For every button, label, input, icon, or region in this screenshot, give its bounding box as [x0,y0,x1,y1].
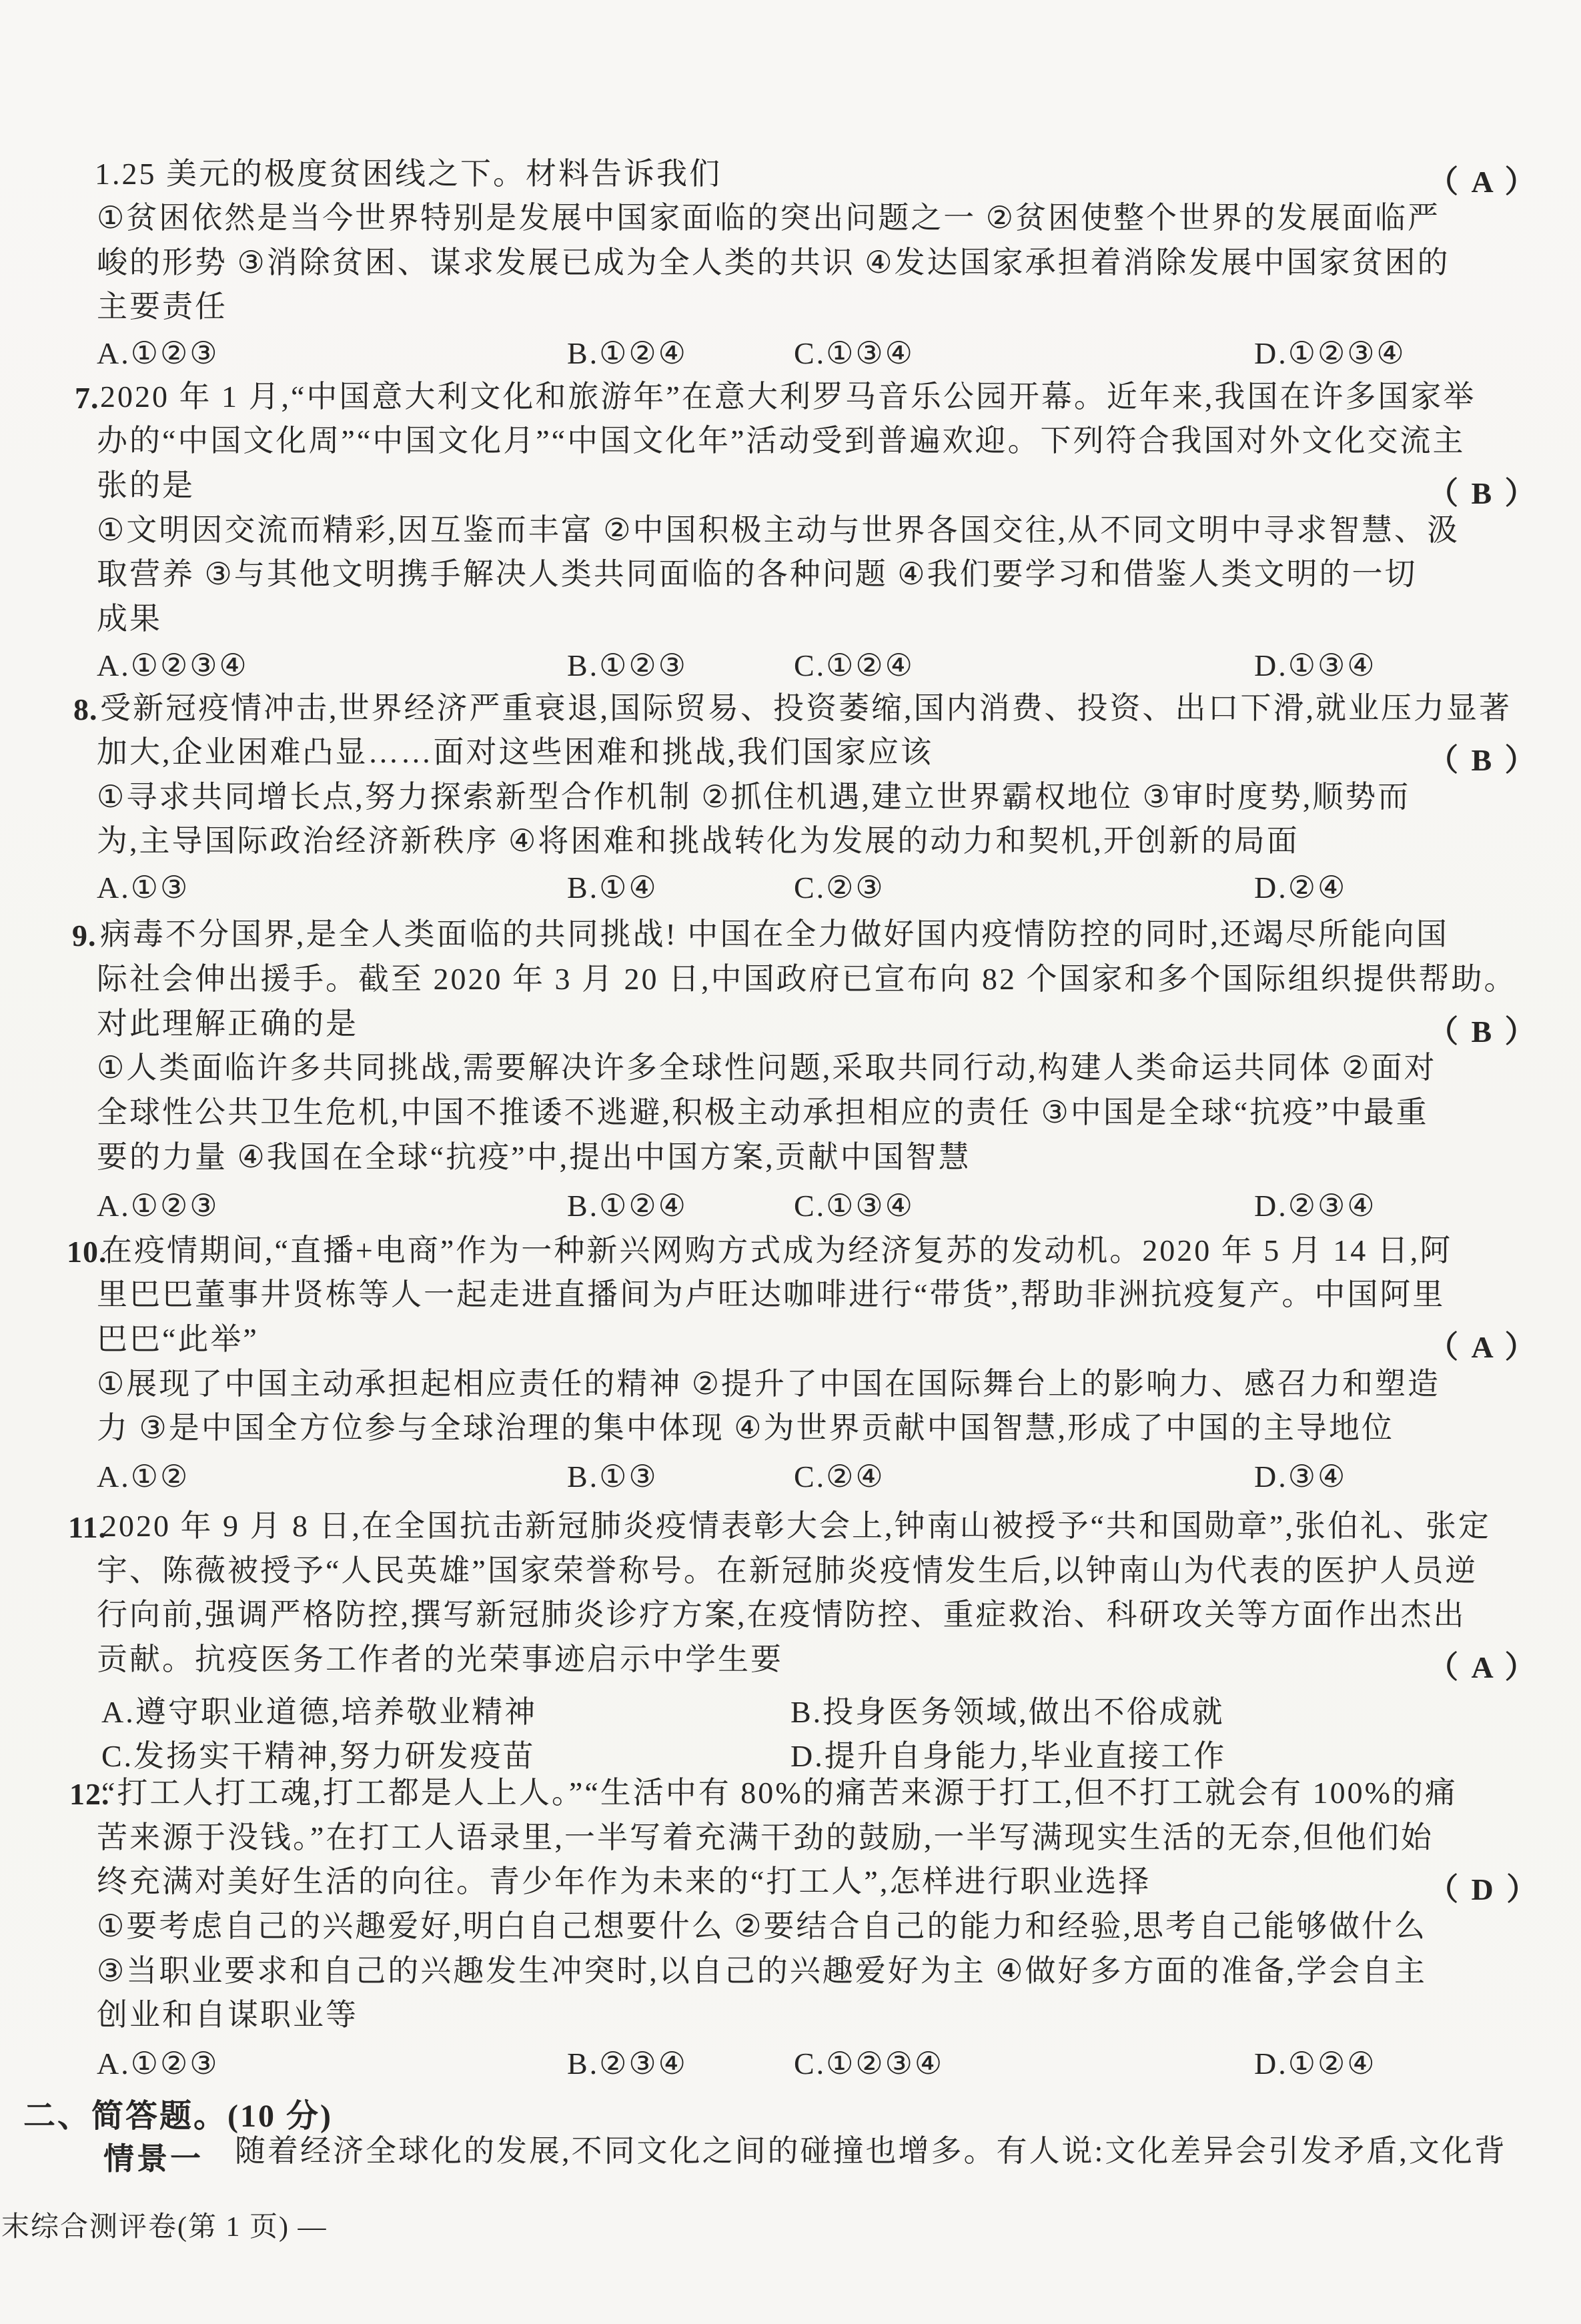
question-10-option-d: D.③④ [1254,1458,1347,1494]
question-9-options: A.①②③ B.①②④ C.①③④ D.②③④ [97,1187,1551,1227]
question-11-options-row-1: A.遵守职业道德,培养敬业精神 B.投身医务领域,做出不俗成就 [101,1688,1556,1728]
question-6-line-3: 峻的形势 ③消除贫困、谋求发展已成为全人类的共识 ④发达国家承担着消除发展中国家… [97,246,1450,280]
question-10-line-2: 里巴巴董事井贤栋等人一起走进直播间为卢旺达咖啡进行“带货”,帮助非洲抗疫复产。中… [97,1278,1445,1312]
question-8-option-d: D.②④ [1254,869,1347,905]
question-7-option-a: A.①②③④ [97,647,249,683]
question-11-option-d: D.提升自身能力,毕业直接工作 [790,1732,1226,1776]
question-7-line-1: 2020 年 1 月,“中国意大利文化和旅游年”在意大利罗马音乐公园开幕。近年来… [100,380,1476,414]
question-8-line-4: 为,主导国际政治经济新秩序 ④将困难和挑战转化为发展的动力和契机,开创新的局面 [97,824,1299,858]
section-2-heading: 二、简答题。(10 分) [23,2090,333,2136]
question-8-line-3: ①寻求共同增长点,努力探索新型合作机制 ②抓住机遇,建立世界霸权地位 ③审时度势… [97,780,1410,814]
question-10-line-1: 在疫情期间,“直播+电商”作为一种新兴网购方式成为经济复苏的发动机。2020 年… [101,1234,1452,1268]
question-11-option-b: B.投身医务领域,做出不俗成就 [790,1688,1225,1732]
question-11-option-a: A.遵守职业道德,培养敬业精神 [101,1688,537,1732]
question-9-line-3: 对此理解正确的是 [97,1007,358,1041]
question-9-option-a: A.①②③ [97,1187,219,1223]
question-7-line-4: ①文明因交流而精彩,因互鉴而丰富 ②中国积极主动与世界各国交往,从不同文明中寻求… [97,514,1460,548]
question-12-line-4: ①要考虑自己的兴趣爱好,明白自己想要什么 ②要结合自己的能力和经验,思考自己能够… [97,1910,1427,1944]
question-7-options: A.①②③④ B.①②③ C.①②④ D.①③④ [97,647,1551,687]
question-11-answer: （ A ） [1428,1643,1574,1687]
question-10-line-3: 巴巴“此举” [97,1323,259,1357]
question-6-line-2: ①贫困依然是当今世界特别是发展中国家面临的突出问题之一 ②贫困使整个世界的发展面… [97,201,1440,235]
question-7-option-d: D.①③④ [1254,647,1376,683]
question-6-line-1: 1.25 美元的极度贫困线之下。材料告诉我们 [95,157,722,191]
question-7-line-3: 张的是 [97,469,195,503]
question-12-option-c: C.①②③④ [794,2045,944,2081]
question-7-answer: （ B ） [1428,469,1574,513]
question-9-line-5: 全球性公共卫生危机,中国不推诿不逃避,积极主动承担相应的责任 ③中国是全球“抗疫… [97,1096,1429,1130]
question-11-line-3: 行向前,强调严格防控,撰写新冠肺炎诊疗方案,在疫情防控、重症救治、科研攻关等方面… [97,1598,1466,1632]
question-8-option-c: C.②③ [794,869,885,905]
question-12-line-5: ③当职业要求和自己的兴趣发生冲突时,以自己的兴趣爱好为主 ④做好多方面的准备,学… [97,1954,1427,1988]
question-9-option-d: D.②③④ [1254,1187,1376,1223]
question-9-option-c: C.①③④ [794,1187,915,1223]
question-12-options: A.①②③ B.②③④ C.①②③④ D.①②④ [97,2045,1551,2085]
question-12-line-6: 创业和自谋职业等 [97,1998,358,2032]
question-11-option-c: C.发扬实干精神,努力研发疫苗 [101,1732,536,1776]
question-11-options-row-2: C.发扬实干精神,努力研发疫苗 D.提升自身能力,毕业直接工作 [101,1732,1556,1772]
question-8-number: 8. [73,692,98,727]
scenario-1-label: 情景一 [103,2135,203,2179]
question-10-line-4: ①展现了中国主动承担起相应责任的精神 ②提升了中国在国际舞台上的影响力、感召力和… [97,1367,1440,1401]
question-7-number: 7. [75,380,99,416]
question-9-option-b: B.①②④ [567,1187,688,1223]
question-9-number: 9. [72,918,97,953]
question-7-line-2: 办的“中国文化周”“中国文化月”“中国文化年”活动受到普遍欢迎。下列符合我国对外… [97,424,1466,458]
question-7-option-c: C.①②④ [794,647,915,683]
question-12-option-d: D.①②④ [1254,2045,1376,2081]
question-8-options: A.①③ B.①④ C.②③ D.②④ [97,869,1551,909]
question-12-line-3: 终充满对美好生活的向往。青少年作为未来的“打工人”,怎样进行职业选择 [97,1865,1151,1899]
question-10-option-c: C.②④ [794,1458,885,1494]
question-9-line-2: 际社会伸出援手。截至 2020 年 3 月 20 日,中国政府已宣布向 82 个… [97,963,1517,997]
question-8-option-a: A.①③ [97,869,189,905]
question-11-line-1: 2020 年 9 月 8 日,在全国抗击新冠肺炎疫情表彰大会上,钟南山被授予“共… [101,1510,1491,1544]
question-12-line-2: 苦来源于没钱。”在打工人语录里,一半写着充满干劲的鼓励,一半写满现实生活的无奈,… [97,1821,1434,1855]
question-6-option-a: A.①②③ [97,335,219,371]
scenario-1-text: 随着经济全球化的发展,不同文化之间的碰撞也增多。有人说:文化差异会引发矛盾,文化… [235,2135,1507,2169]
question-6-options: A.①②③ B.①②④ C.①③④ D.①②③④ [97,335,1551,375]
question-11-line-2: 宇、陈薇被授予“人民英雄”国家荣誉称号。在新冠肺炎疫情发生后,以钟南山为代表的医… [97,1554,1478,1588]
question-6-line-4: 主要责任 [97,290,227,324]
question-12-option-a: A.①②③ [97,2045,219,2081]
question-12-option-b: B.②③④ [567,2045,688,2081]
question-10-options: A.①② B.①③ C.②④ D.③④ [97,1458,1551,1498]
question-8-answer: （ B ） [1428,736,1574,780]
question-10-answer: （ A ） [1428,1323,1574,1367]
question-10-line-5: 力 ③是中国全方位参与全球治理的集中体现 ④为世界贡献中国智慧,形成了中国的主导… [97,1411,1394,1445]
question-11-line-4: 贡献。抗疫医务工作者的光荣事迹启示中学生要 [97,1643,783,1677]
question-9-line-4: ①人类面临许多共同挑战,需要解决许多全球性问题,采取共同行动,构建人类命运共同体… [97,1051,1436,1085]
question-10-option-a: A.①② [97,1458,189,1494]
question-6-answer: （ A ） [1428,157,1574,201]
page-footer: 末综合测评卷(第 1 页) — [1,2205,327,2245]
question-12-line-1: “打工人打工魂,打工都是人上人。”“生活中有 80%的痛苦来源于打工,但不打工就… [101,1776,1458,1810]
exam-page: 1.25 美元的极度贫困线之下。材料告诉我们 （ A ） ①贫困依然是当今世界特… [0,0,1581,2324]
question-8-line-1: 受新冠疫情冲击,世界经济严重衰退,国际贸易、投资萎缩,国内消费、投资、出口下滑,… [100,692,1512,726]
question-8-option-b: B.①④ [567,869,658,905]
question-6-option-c: C.①③④ [794,335,915,371]
question-7-line-6: 成果 [97,602,162,636]
question-7-option-b: B.①②③ [567,647,688,683]
question-12-answer: （ D ） [1428,1865,1574,1909]
question-6-option-d: D.①②③④ [1254,335,1406,371]
question-9-answer: （ B ） [1428,1007,1574,1051]
question-6-option-b: B.①②④ [567,335,688,371]
question-9-line-6: 要的力量 ④我国在全球“抗疫”中,提出中国方案,贡献中国智慧 [97,1141,971,1175]
question-8-line-2: 加大,企业困难凸显……面对这些困难和挑战,我们国家应该 [97,736,933,770]
question-7-line-5: 取营养 ③与其他文明携手解决人类共同面临的各种问题 ④我们要学习和借鉴人类文明的… [97,558,1417,592]
question-9-line-1: 病毒不分国界,是全人类面临的共同挑战! 中国在全力做好国内疫情防控的同时,还竭尽… [100,918,1449,952]
question-10-option-b: B.①③ [567,1458,658,1494]
